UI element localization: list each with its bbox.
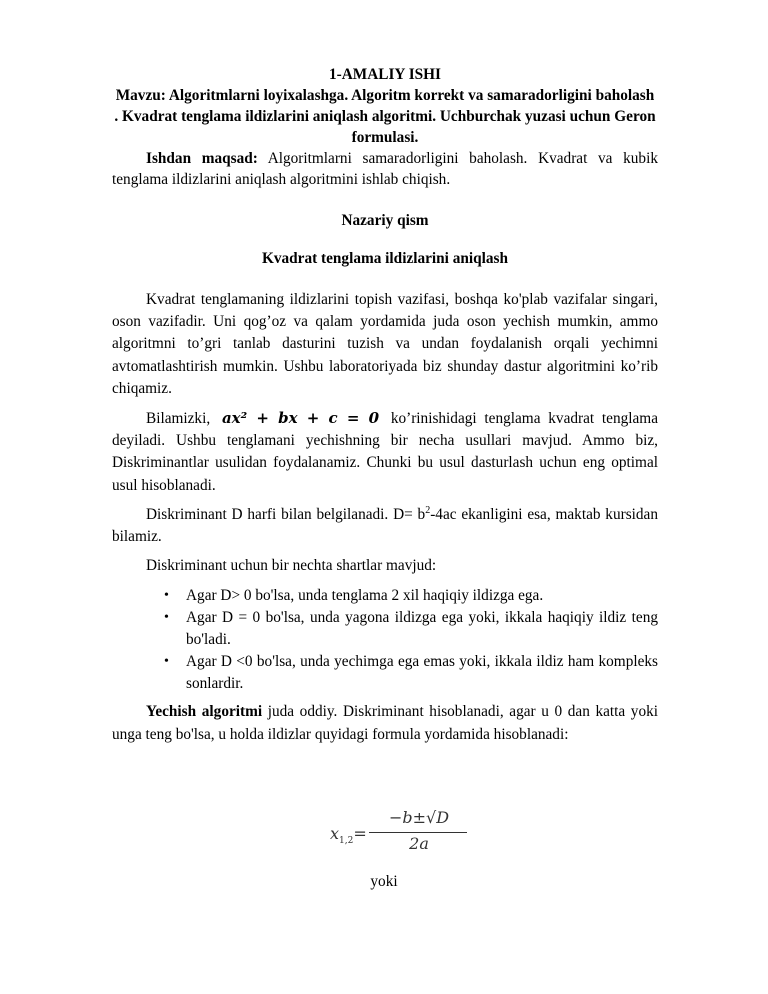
discriminant-paragraph: Diskriminant D harfi bilan belgilanadi. …: [112, 504, 658, 548]
algorithm-label: Yechish algoritmi: [146, 703, 262, 720]
topic-label: Mavzu:: [116, 87, 166, 104]
list-item: Agar D = 0 bo'lsa, unda yagona ildizga e…: [170, 607, 658, 651]
quadratic-equation: ax² + bx + c = 0: [218, 409, 383, 427]
conditions-list: Agar D> 0 bo'lsa, unda tenglama 2 xil ha…: [112, 585, 658, 694]
topic: Mavzu: Algoritmlarni loyixalashga. Algor…: [112, 85, 658, 148]
list-item: Agar D <0 bo'lsa, unda yechimga ega emas…: [170, 651, 658, 695]
goal-label: Ishdan maqsad:: [146, 150, 258, 167]
page-title: 1-AMALIY ISHI: [112, 64, 658, 85]
list-item: Agar D> 0 bo'lsa, unda tenglama 2 xil ha…: [170, 585, 658, 607]
algorithm-paragraph: Yechish algoritmi juda oddiy. Diskrimina…: [112, 701, 658, 745]
theory-heading: Nazariy qism: [112, 212, 658, 230]
intro-paragraph: Kvadrat tenglamaning ildizlarini topish …: [112, 289, 658, 400]
equation-paragraph: Bilamizki, ax² + bx + c = 0 ko’rinishida…: [112, 407, 658, 497]
topic-text: Algoritmlarni loyixalashga. Algoritm kor…: [114, 87, 655, 146]
section-subheading: Kvadrat tenglama ildizlarini aniqlash: [112, 250, 658, 268]
formula-denominator: 2a: [369, 834, 469, 853]
equation-lead: Bilamizki,: [146, 410, 210, 427]
conditions-intro: Diskriminant uchun bir nechta shartlar m…: [112, 555, 658, 577]
formula-numerator: −b±√D: [369, 808, 469, 827]
document-page: 1-AMALIY ISHI Mavzu: Algoritmlarni loyix…: [112, 64, 658, 746]
fraction-bar: [369, 832, 467, 833]
yoki-text: yoki: [0, 873, 768, 891]
formula-lhs: x1,2=: [330, 824, 367, 846]
roots-formula: x1,2= −b±√D 2a: [330, 808, 480, 858]
discriminant-text-start: Diskriminant D harfi bilan belgilanadi. …: [146, 506, 425, 523]
goal-paragraph: Ishdan maqsad: Algoritmlarni samaradorli…: [112, 148, 658, 190]
